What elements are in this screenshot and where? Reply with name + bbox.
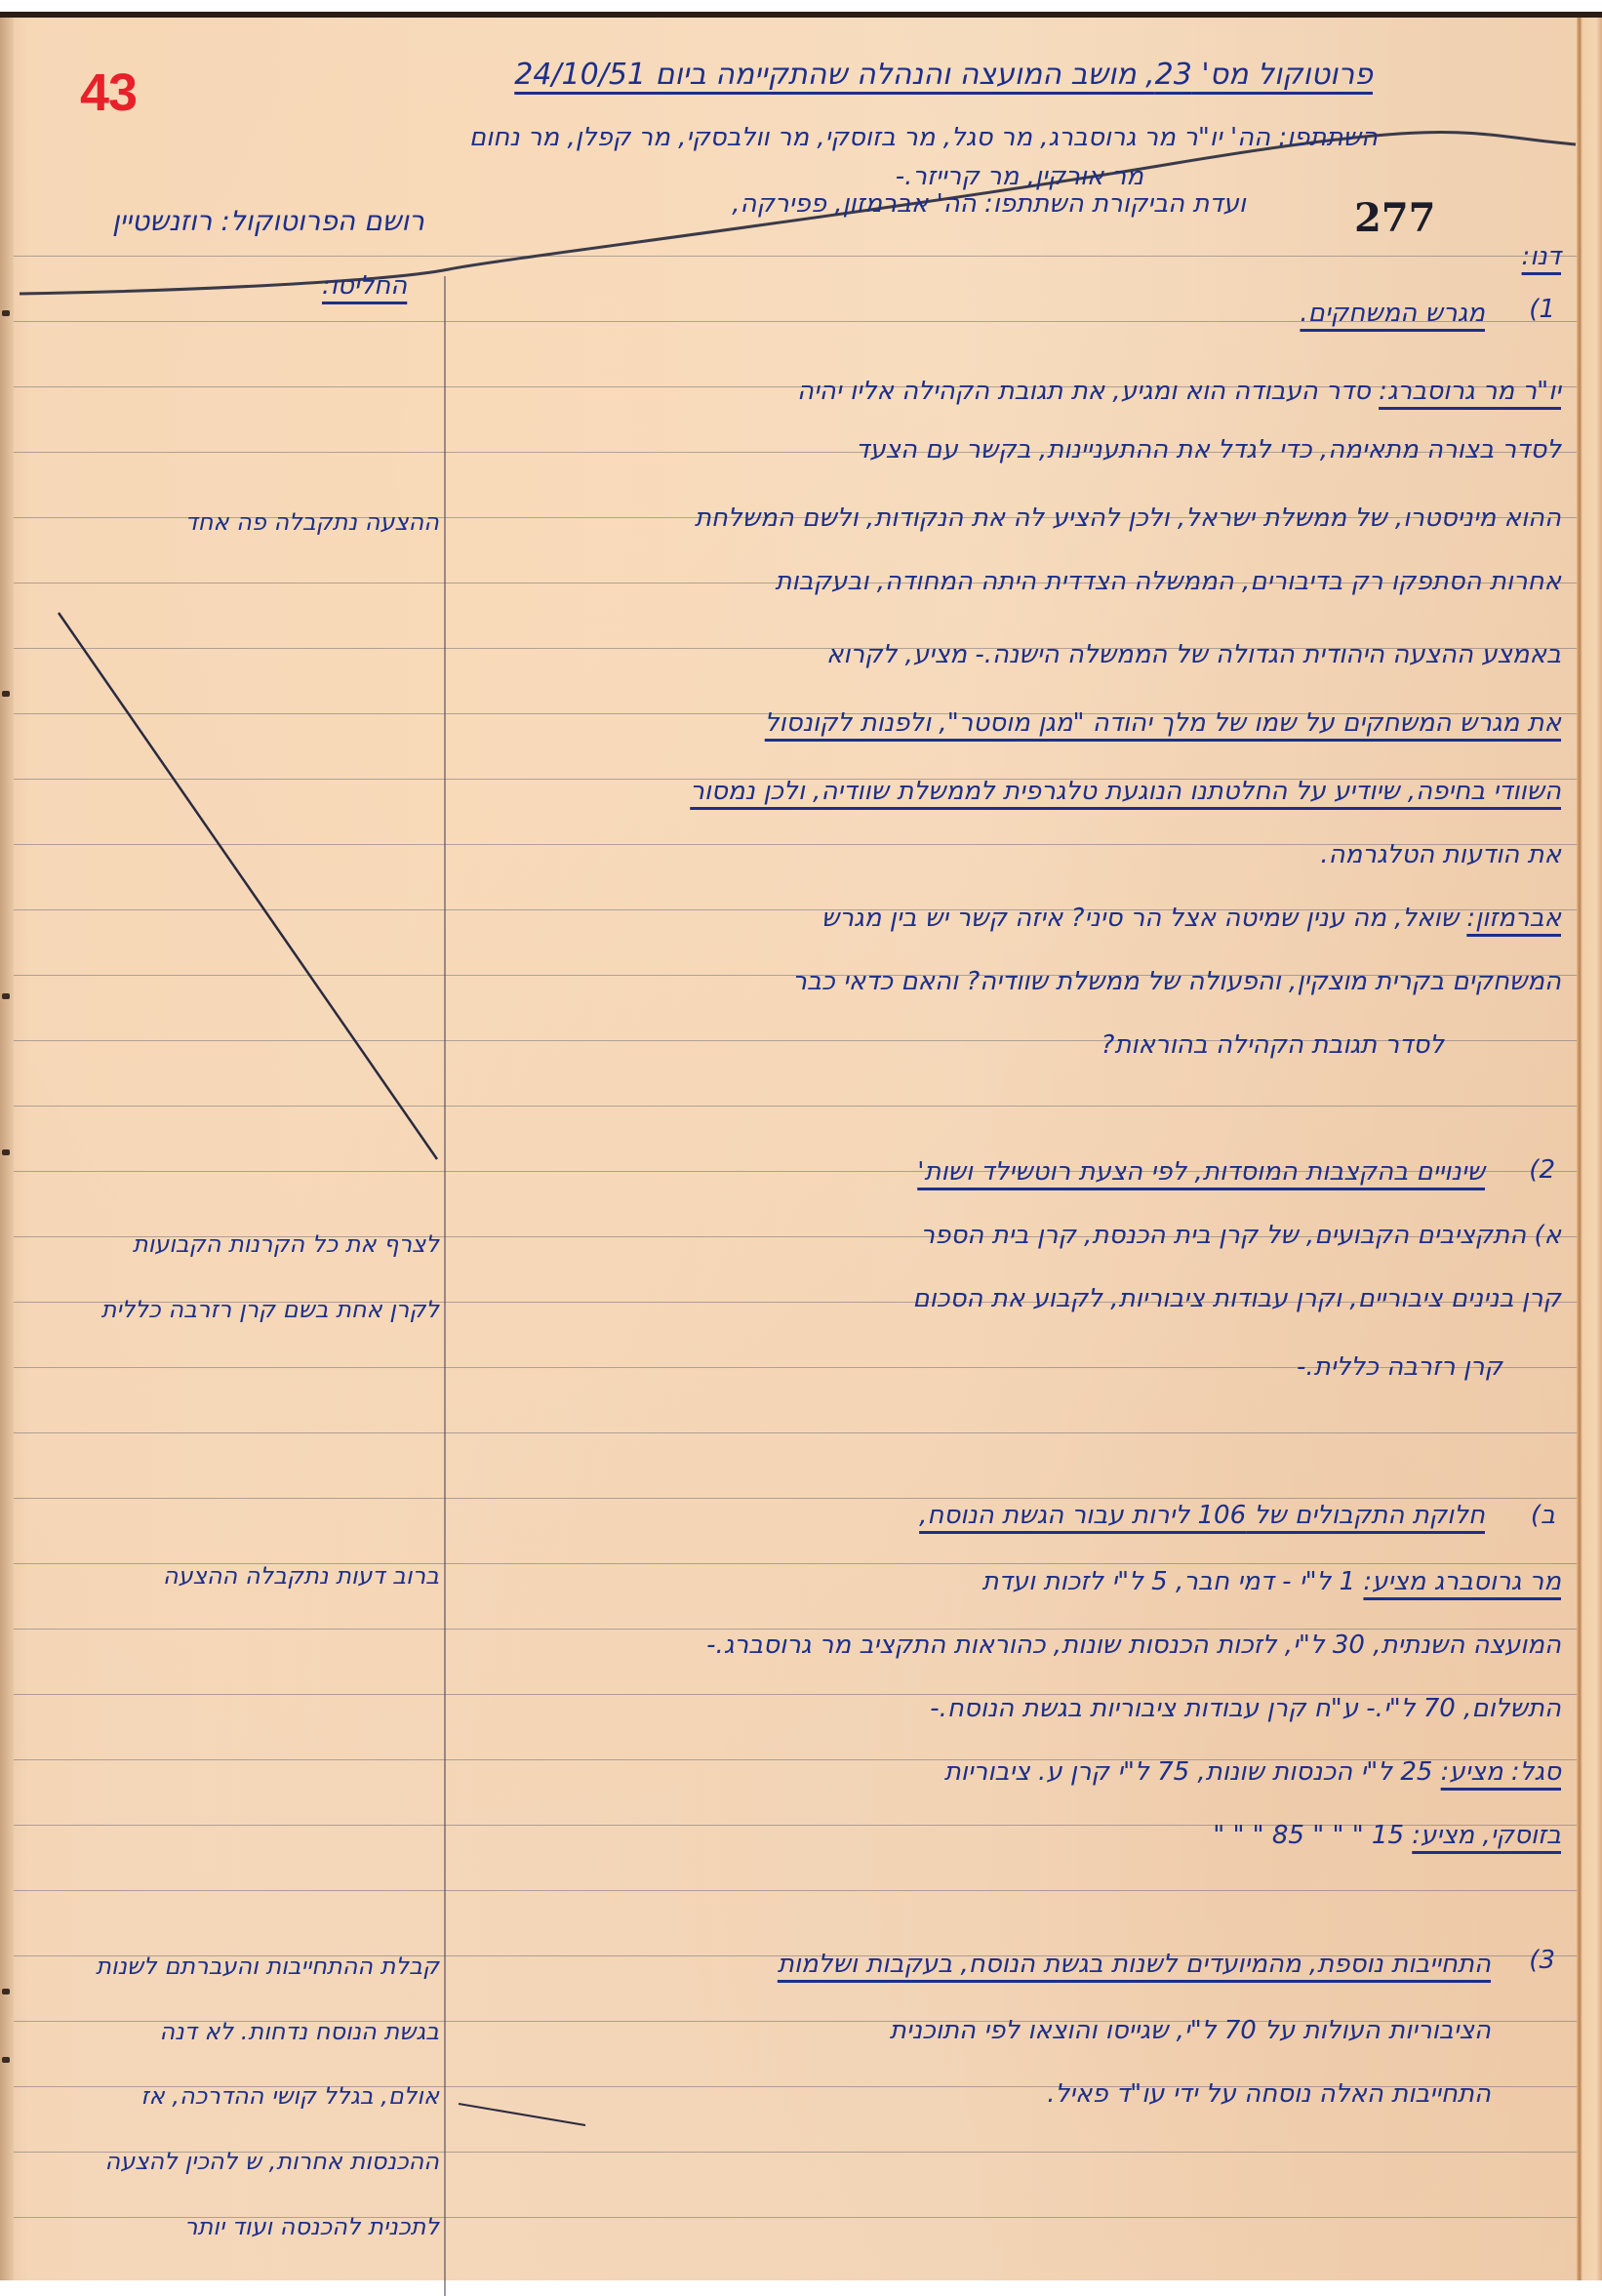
body-line: ההוא מיניסטרו, של ממשלת ישראל, ולכן להצי… — [695, 505, 1561, 531]
page-number: 277 — [1354, 195, 1436, 241]
document-id-label: 43 — [80, 62, 137, 123]
section-number: 2) — [1529, 1157, 1555, 1183]
body-line: המועצה השנתית, 30 ל"י, לזכות הכנסות שונו… — [706, 1632, 1561, 1658]
subsection-label: ב) — [1531, 1503, 1555, 1528]
speaker-name: בזוסקי, מציע: — [1412, 1821, 1561, 1850]
body-line: התחייבות נוספת, מהמיועדים לשנות בגשת הנו… — [778, 1952, 1491, 1977]
body-line: לסדר בצורה מתאימה, כדי לגדל את ההתעניינו… — [856, 437, 1561, 463]
body-line: את הודעות הטלגרמה. — [1320, 842, 1561, 867]
decision-text: לתכנית להכנסה ועוד יותר — [184, 2215, 439, 2238]
body-line: אחרות הסתפקו רק בדיבורים, הממשלה הצדדית … — [775, 569, 1561, 594]
body-line: המשחקים בקרית מוצקין, והפעולה של ממשלת ש… — [792, 969, 1561, 994]
diagonal-stroke — [459, 2104, 585, 2125]
speaker-name: אברמזון: — [1466, 904, 1561, 933]
body-line: הציבוריות העולות על 70 ל"י, שגייסו והוצא… — [890, 2018, 1491, 2043]
body-line: התחייבות האלה נוסחה על ידי עו"ד פאיל. — [1047, 2081, 1491, 2107]
column-header-discussed: דנו: — [1522, 244, 1561, 269]
recorder-line: רושם הפרוטוקול: רוזנשטיין — [112, 208, 424, 235]
decision-text: ברוב דעות נתקבלה ההצעה — [163, 1564, 439, 1588]
body-line: אברמזון: שואל, מה ענין שמיטה אצל הר סיני… — [821, 906, 1561, 931]
body-line: א) התקציבים הקבועים, של קרן בית הכנסת, ק… — [920, 1223, 1561, 1248]
notebook-page: 43 277 פרוטוקול מס' 23, מושב המועצה והנה… — [0, 12, 1602, 2280]
speaker-name: יו"ר מר גרוסברג: — [1379, 377, 1561, 406]
body-line: השוודי בחיפה, שיודיע על החלטתנו הנוגעת ט… — [690, 779, 1561, 804]
body-line: קרן רזרבה כללית.- — [1297, 1354, 1502, 1380]
diagonal-cancel-line — [59, 613, 437, 1159]
section-number: 1) — [1529, 297, 1555, 322]
section-heading: מגרש המשחקים. — [1300, 301, 1485, 326]
body-line: באמצע ההצעה היהודית הגדולה של הממשלה היש… — [826, 642, 1561, 667]
participants-line: מר אורקין, מר קרייזר.- — [896, 164, 1143, 189]
audit-committee-line: ועדת הביקורת השתתפו: הה' אברמזון, פפירקה… — [732, 191, 1246, 217]
decision-text: לקרן אחת בשם קרן רזרבה כללית — [101, 1298, 439, 1321]
speaker-name: מר גרוסברג מציע: — [1363, 1567, 1561, 1596]
decision-text: לצרף את כל הקרנות הקבועות — [133, 1232, 439, 1256]
body-line: מר גרוסברג מציע: 1 ל"י - דמי חבר, 5 ל"י … — [981, 1569, 1561, 1594]
body-line: לסדר תגובת הקהילה בהוראות? — [1101, 1032, 1444, 1058]
participants-line: השתתפו: הה' יו"ר מר גרוסברג, מר סגל, מר … — [469, 125, 1378, 150]
body-line: קרן בנינים ציבוריים, וקרן עבודות ציבוריו… — [912, 1286, 1561, 1311]
body-line: סגל: מציע: 25 ל"י הכנסות שונות, 75 ל"י ק… — [944, 1759, 1561, 1785]
decision-text: בגשת הנוסח נדחות. לא דנה — [159, 2020, 439, 2043]
column-header-decided: החליטו: — [322, 273, 407, 299]
decision-text: אולם, בגלל קושי ההדרכה, אז — [140, 2084, 439, 2108]
decision-text: ההצעה נתקבלה פה אחד — [185, 510, 439, 534]
ink-strokes — [0, 18, 1602, 2280]
section-heading: שינויים בהקצבות המוסדות, לפי הצעת רוטשיל… — [917, 1159, 1485, 1185]
section-number: 3) — [1529, 1948, 1555, 1973]
decision-text: קבלת ההתחייבות והעברתם לשנות — [96, 1954, 439, 1978]
protocol-title: פרוטוקול מס' 23, מושב המועצה והנהלה שהתק… — [514, 60, 1373, 90]
speaker-name: סגל: מציע: — [1441, 1757, 1561, 1787]
subsection-label: א) — [1534, 1221, 1561, 1250]
decision-text: ההכנסות אחרות, ש להכין להצעה — [105, 2150, 439, 2173]
body-line: יו"ר מר גרוסברג: סדר העבודה הוא ומגיע, א… — [797, 379, 1561, 404]
section-heading: חלוקת התקבולים של 106 לירות עבור הגשת הנ… — [919, 1503, 1485, 1528]
body-line: בזוסקי, מציע: 15 " " " 85 " " " — [1213, 1823, 1561, 1848]
body-line: את מגרש המשחקים על שמו של מלך יהודה "מגן… — [765, 710, 1561, 736]
body-line: התשלום, 70 ל"י.- ע"ח קרן עבודות ציבוריות… — [930, 1696, 1561, 1721]
